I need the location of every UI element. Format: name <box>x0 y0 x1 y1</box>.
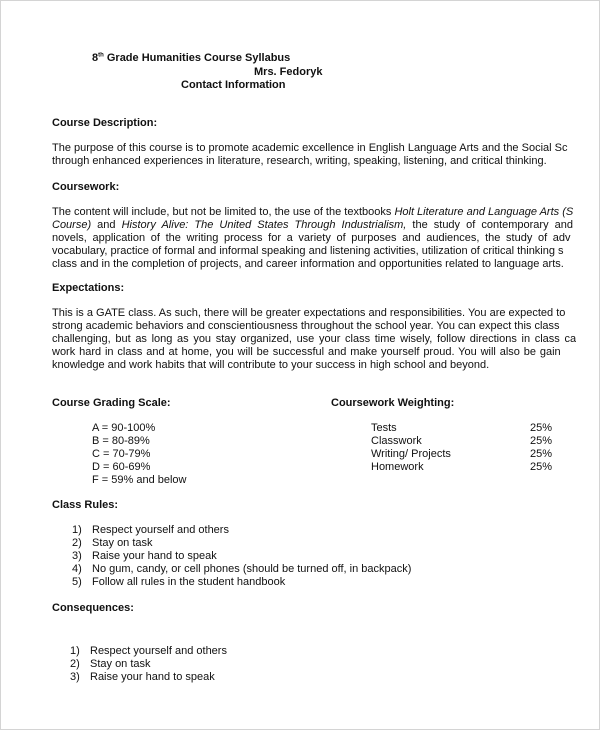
consequence-item: 3)Raise your hand to speak <box>70 671 227 684</box>
grade-item-d: D = 60-69% <box>92 461 186 474</box>
course-description-heading: Course Description: <box>52 117 157 129</box>
weighting-category: Homework <box>371 461 424 473</box>
weighting-value: 25% <box>530 435 552 448</box>
coursework-text-segment: and <box>91 219 121 231</box>
weighting-category: Tests <box>371 422 397 434</box>
weighting-value: 25% <box>530 448 552 461</box>
weighting-category: Writing/ Projects <box>371 448 451 460</box>
consequence-text: Stay on task <box>90 658 151 670</box>
class-rule-item: 5)Follow all rules in the student handbo… <box>72 576 411 589</box>
coursework-line: Course) and History Alive: The United St… <box>52 219 576 232</box>
grading-scale-heading: Course Grading Scale: <box>52 397 171 409</box>
weighting-row: Classwork 25% <box>371 435 553 448</box>
course-description-line: through enhanced experiences in literatu… <box>52 155 576 168</box>
expectations-line: This is a GATE class. As such, there wil… <box>52 307 576 320</box>
grading-scale-list: A = 90-100% B = 80-89% C = 70-79% D = 60… <box>92 422 186 487</box>
rule-number: 5) <box>72 576 92 589</box>
class-rule-item: 3)Raise your hand to speak <box>72 550 411 563</box>
contact-information: Contact Information <box>181 79 286 91</box>
rule-number: 1) <box>72 524 92 537</box>
consequence-item: 2)Stay on task <box>70 658 227 671</box>
rule-text: No gum, candy, or cell phones (should be… <box>92 563 411 575</box>
weighting-row: Tests 25% <box>371 422 553 435</box>
grade-item-f: F = 59% and below <box>92 474 186 487</box>
teacher-name: Mrs. Fedoryk <box>254 66 322 78</box>
rule-text: Stay on task <box>92 537 153 549</box>
consequence-item: 1)Respect yourself and others <box>70 645 227 658</box>
class-rules-list: 1)Respect yourself and others 2)Stay on … <box>72 524 411 589</box>
coursework-weighting-heading: Coursework Weighting: <box>331 397 454 409</box>
expectations-line: challenging, but as long as you stay org… <box>52 333 576 346</box>
grade-item-c: C = 70-79% <box>92 448 186 461</box>
title-text: Grade Humanities Course Syllabus <box>104 52 290 64</box>
weighting-row: Homework 25% <box>371 461 553 474</box>
coursework-text-segment: the study of contemporary and <box>406 219 573 231</box>
rule-text: Follow all rules in the student handbook <box>92 576 285 588</box>
weighting-row: Writing/ Projects 25% <box>371 448 553 461</box>
class-rule-item: 4)No gum, candy, or cell phones (should … <box>72 563 411 576</box>
consequence-text: Respect yourself and others <box>90 645 227 657</box>
rule-number: 3) <box>72 550 92 563</box>
weighting-value: 25% <box>530 461 552 474</box>
consequences-heading: Consequences: <box>52 602 134 614</box>
coursework-heading: Coursework: <box>52 181 119 193</box>
textbook-title-continued: Course) <box>52 219 91 231</box>
expectations-heading: Expectations: <box>52 282 124 294</box>
consequences-list: 1)Respect yourself and others 2)Stay on … <box>70 645 227 684</box>
rule-number: 4) <box>72 563 92 576</box>
coursework-text: The content will include, but not be lim… <box>52 206 576 271</box>
consequence-number: 2) <box>70 658 90 671</box>
document-page: 8th Grade Humanities Course Syllabus Mrs… <box>0 0 600 730</box>
coursework-line: The content will include, but not be lim… <box>52 206 576 219</box>
expectations-line: knowledge and work habits that will cont… <box>52 359 576 372</box>
weighting-value: 25% <box>530 422 552 435</box>
rule-text: Raise your hand to speak <box>92 550 217 562</box>
class-rule-item: 2)Stay on task <box>72 537 411 550</box>
expectations-line: work hard in class and at home, you will… <box>52 346 576 359</box>
rule-text: Respect yourself and others <box>92 524 229 536</box>
expectations-text: This is a GATE class. As such, there wil… <box>52 307 576 372</box>
coursework-line: class and in the completion of projects,… <box>52 258 576 271</box>
expectations-line: strong academic behaviors and conscienti… <box>52 320 576 333</box>
rule-number: 2) <box>72 537 92 550</box>
weighting-table: Tests 25% Classwork 25% Writing/ Project… <box>371 422 553 474</box>
consequence-text: Raise your hand to speak <box>90 671 215 683</box>
textbook-title: History Alive: The United States Through… <box>122 219 407 231</box>
page-content: 8th Grade Humanities Course Syllabus Mrs… <box>1 1 576 729</box>
consequence-number: 1) <box>70 645 90 658</box>
syllabus-title: 8th Grade Humanities Course Syllabus <box>92 52 290 64</box>
class-rule-item: 1)Respect yourself and others <box>72 524 411 537</box>
weighting-category: Classwork <box>371 435 422 447</box>
textbook-title: Holt Literature and Language Arts (S <box>394 206 573 218</box>
coursework-text-segment: The content will include, but not be lim… <box>52 206 394 218</box>
coursework-line: vocabulary, practice of formal and infor… <box>52 245 576 258</box>
grade-item-b: B = 80-89% <box>92 435 186 448</box>
course-description-text: The purpose of this course is to promote… <box>52 142 576 168</box>
class-rules-heading: Class Rules: <box>52 499 118 511</box>
consequence-number: 3) <box>70 671 90 684</box>
course-description-line: The purpose of this course is to promote… <box>52 142 576 155</box>
grade-item-a: A = 90-100% <box>92 422 186 435</box>
coursework-line: novels, application of the writing proce… <box>52 232 576 245</box>
